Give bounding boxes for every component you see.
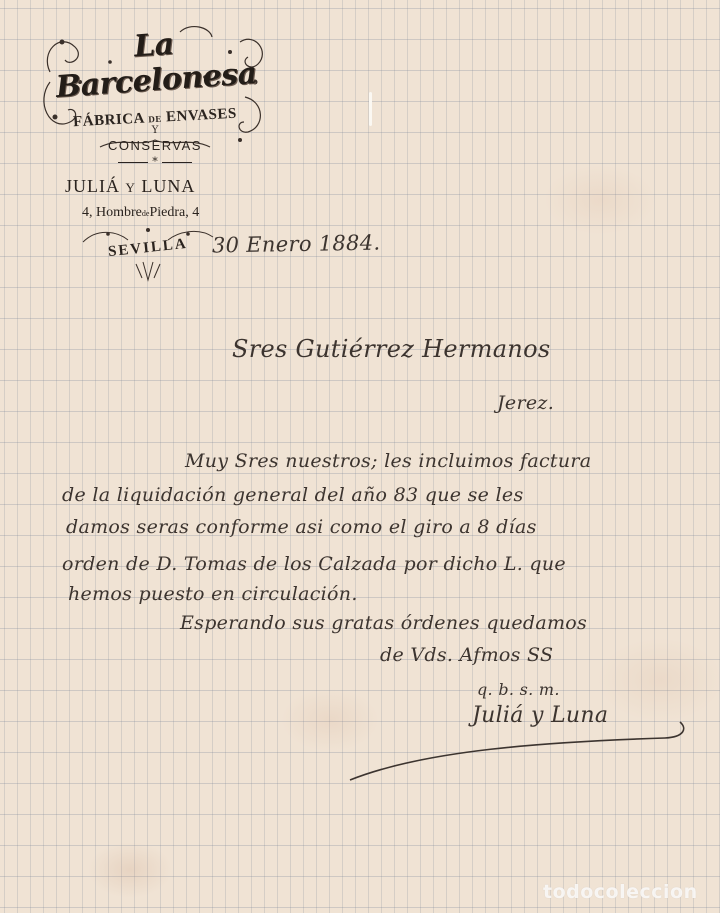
- star-separator: *: [40, 155, 270, 168]
- firm-name: JULIÁ Y LUNA: [65, 176, 195, 197]
- body-line: damos seras conforme asi como el giro a …: [66, 516, 537, 538]
- body-line: Esperando sus gratas órdenes quedamos: [180, 612, 587, 634]
- closing-formula: q. b. s. m.: [477, 680, 560, 699]
- factory-de: DE: [148, 114, 162, 125]
- conjunction: Y: [40, 125, 270, 136]
- address-street-2: Piedra,: [149, 205, 188, 220]
- product-line: CONSERVAS: [40, 138, 270, 153]
- body-line: orden de D. Tomas de los Calzada por dic…: [62, 553, 566, 575]
- paper-fold-mark: [369, 92, 372, 126]
- addressee: Sres Gutiérrez Hermanos: [232, 335, 550, 363]
- recipient-city: Jerez.: [497, 392, 554, 414]
- address-number-right: 4: [192, 205, 199, 220]
- firm-y: Y: [126, 180, 136, 195]
- firm-first: JULIÁ: [65, 176, 120, 196]
- body-line: hemos puesto en circulación.: [68, 583, 358, 605]
- address-street: Hombre: [96, 205, 142, 220]
- factory-word-2: ENVASES: [166, 106, 238, 126]
- body-line: de Vds. Afmos SS: [380, 644, 553, 666]
- body-line: Muy Sres nuestros; les incluimos factura: [185, 450, 591, 472]
- letterhead-address: 4, HombredePiedra, 4: [82, 205, 199, 221]
- address-number: 4,: [82, 205, 93, 220]
- letter-date: 30 Enero 1884.: [212, 231, 381, 258]
- firm-last: LUNA: [141, 176, 195, 196]
- signature-flourish: [345, 720, 690, 790]
- watermark: todocoleccion: [543, 881, 698, 903]
- letterhead: La Barcelonesa FÁBRICA DE ENVASES Y CONS…: [40, 22, 270, 168]
- body-line: de la liquidación general del año 83 que…: [62, 484, 524, 506]
